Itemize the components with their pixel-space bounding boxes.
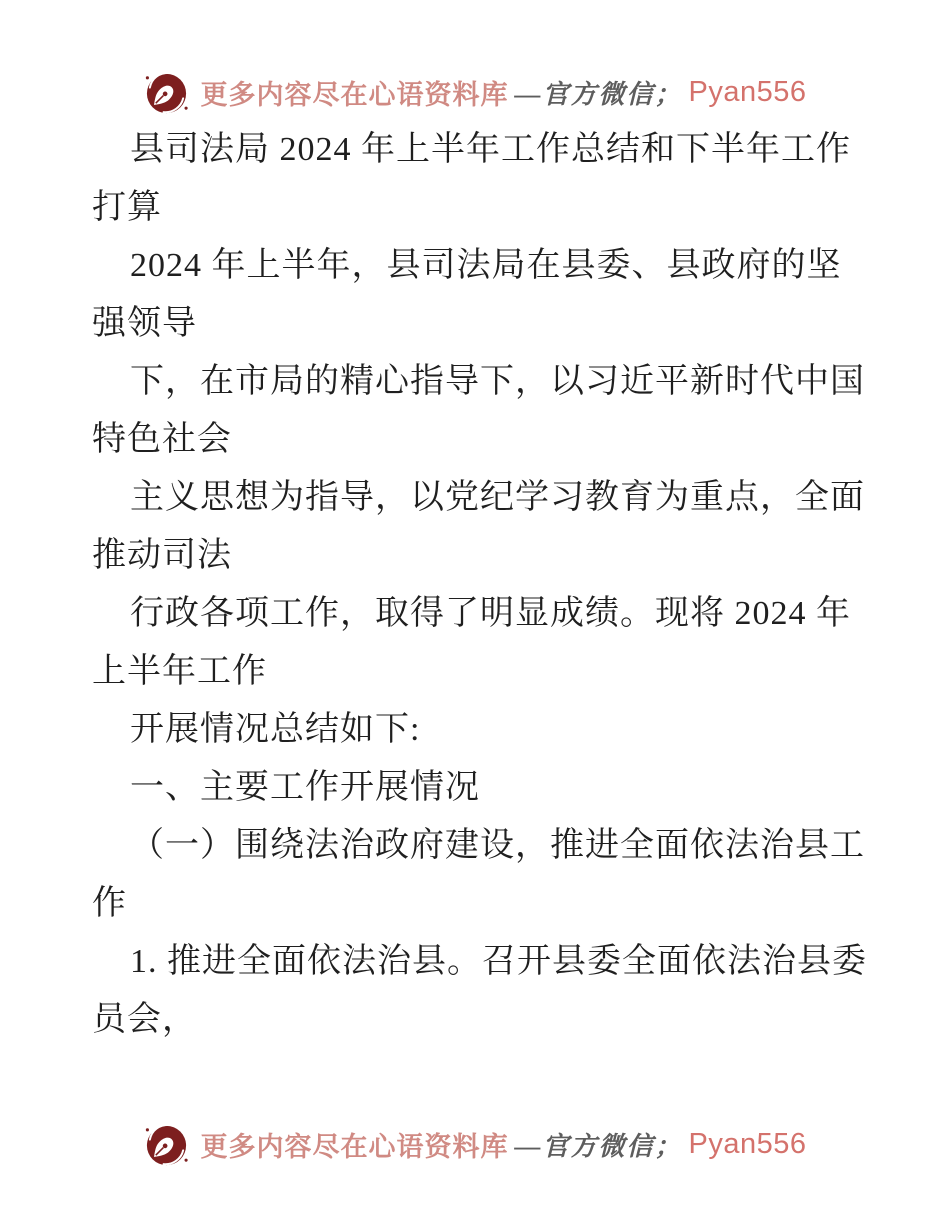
watermark-channel-label: —官方微信；: [514, 74, 682, 111]
document-line: 下，在市局的精心指导下，以习近平新时代中国: [92, 353, 867, 411]
document-line: 特色社会: [92, 411, 867, 469]
document-line: 一、主要工作开展情况: [92, 759, 867, 817]
document-body: 县司法局 2024 年上半年工作总结和下半年工作 打算 2024 年上半年，县司…: [92, 121, 867, 1049]
pen-swirl-logo-icon: [143, 1121, 190, 1168]
watermark-wechat-id: Pyan556: [689, 1128, 807, 1161]
document-line: 强领导: [92, 295, 867, 353]
document-line: 作: [92, 875, 867, 933]
document-line: （一）围绕法治政府建设，推进全面依法治县工: [92, 817, 867, 875]
document-line: 推动司法: [92, 527, 867, 585]
document-line: 1. 推进全面依法治县。召开县委全面依法治县委: [92, 933, 867, 991]
document-line: 上半年工作: [92, 643, 867, 701]
document-line: 开展情况总结如下:: [92, 701, 867, 759]
document-line: 2024 年上半年，县司法局在县委、县政府的坚: [92, 237, 867, 295]
document-line: 员会，: [92, 991, 867, 1049]
document-page: 更多内容尽在心语资料库—官方微信；Pyan556 县司法局 2024 年上半年工…: [0, 0, 950, 1230]
document-line: 打算: [92, 179, 867, 237]
document-line: 主义思想为指导，以党纪学习教育为重点，全面: [92, 469, 867, 527]
document-line: 行政各项工作，取得了明显成绩。现将 2024 年: [92, 585, 867, 643]
footer-watermark: 更多内容尽在心语资料库—官方微信；Pyan556: [0, 1116, 950, 1172]
watermark-channel-label: —官方微信；: [514, 1126, 682, 1163]
watermark-wechat-id: Pyan556: [689, 76, 807, 109]
document-line: 县司法局 2024 年上半年工作总结和下半年工作: [92, 121, 867, 179]
watermark-site-text: 更多内容尽在心语资料库: [200, 1125, 508, 1164]
header-watermark: 更多内容尽在心语资料库—官方微信；Pyan556: [0, 64, 950, 120]
watermark-site-text: 更多内容尽在心语资料库: [200, 73, 508, 112]
pen-swirl-logo-icon: [143, 69, 190, 116]
